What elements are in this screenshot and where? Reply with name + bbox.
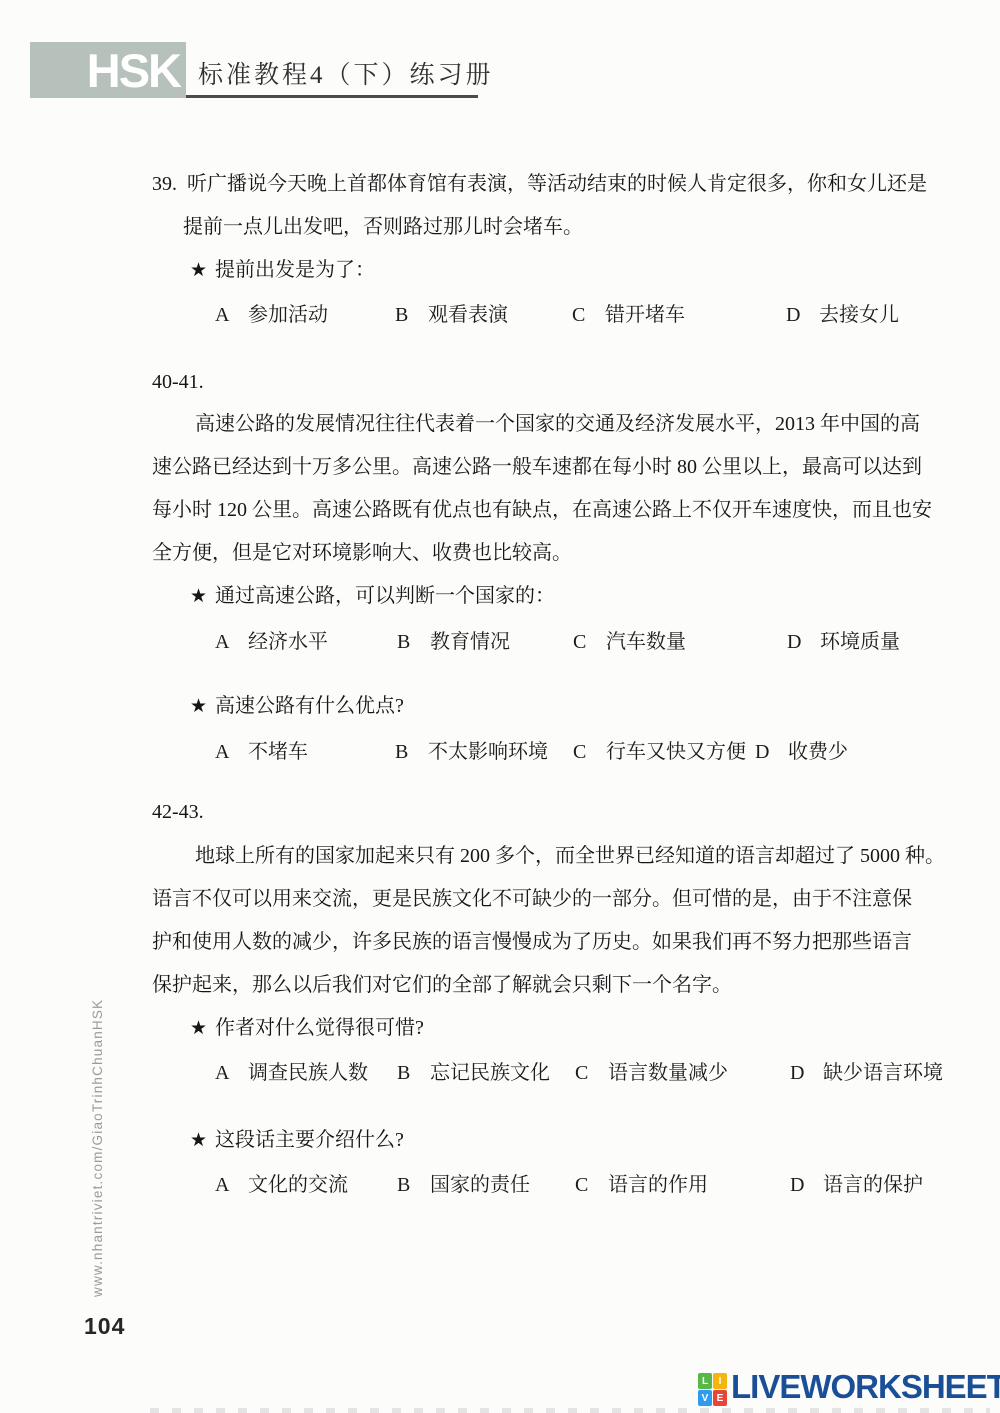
passage-text: 每小时 120 公里。高速公路既有优点也有缺点，在高速公路上不仅开车速度快，而且…: [152, 499, 932, 521]
option-text: 缺少语言环境: [823, 1062, 943, 1084]
question-43-prompt: ★这段话主要介绍什么?: [190, 1126, 404, 1155]
option-letter: C: [572, 304, 605, 327]
header-divider: [186, 95, 478, 98]
option-letter: C: [573, 631, 606, 654]
question-number: 40-41.: [152, 371, 204, 393]
option-b[interactable]: B教育情况: [397, 625, 510, 654]
passage-text: 高速公路的发展情况往往代表着一个国家的交通及经济发展水平，2013 年中国的高: [195, 413, 920, 435]
star-icon: ★: [190, 696, 207, 717]
option-letter: D: [790, 1062, 823, 1085]
question-42-options: A调查民族人数 B忘记民族文化 C语言数量减少 D缺少语言环境: [152, 1056, 962, 1086]
option-letter: B: [397, 1174, 430, 1197]
option-letter: D: [787, 631, 820, 654]
passage-text: 提前一点儿出发吧，否则路过那儿时会堵车。: [183, 216, 583, 238]
passage-text: 地球上所有的国家加起来只有 200 多个，而全世界已经知道的语言却超过了 500…: [195, 845, 945, 867]
question-40-41-passage-line-1: 高速公路的发展情况往往代表着一个国家的交通及经济发展水平，2013 年中国的高: [195, 410, 920, 438]
option-c[interactable]: C语言数量减少: [575, 1056, 728, 1085]
option-letter: D: [755, 741, 788, 764]
logo-tile-l: L: [698, 1373, 712, 1389]
prompt-text: 提前出发是为了：: [215, 259, 375, 281]
option-text: 国家的责任: [430, 1174, 530, 1196]
option-a[interactable]: A参加活动: [215, 298, 328, 327]
option-letter: B: [397, 1062, 430, 1085]
option-text: 忘记民族文化: [430, 1062, 550, 1084]
question-42-43-number: 42-43.: [152, 798, 204, 826]
passage-text: 保护起来，那么以后我们对它们的全部了解就会只剩下一个名字。: [152, 974, 732, 996]
website-watermark: www.nhantriviet.com/GiaoTrinhChuanHSK: [86, 985, 110, 1297]
logo-tile-e: E: [713, 1390, 727, 1406]
option-d[interactable]: D收费少: [755, 735, 848, 764]
workbook-page: HSK 标准教程4（下）练习册 39.听广播说今天晚上首都体育馆有表演，等活动结…: [0, 0, 1000, 1413]
option-text: 环境质量: [820, 631, 900, 653]
page-title: 标准教程4（下）练习册: [198, 55, 494, 91]
logo-tile-i: I: [713, 1373, 727, 1389]
option-c[interactable]: C语言的作用: [575, 1168, 708, 1197]
passage-text: 语言不仅可以用来交流，更是民族文化不可缺少的一部分。但可惜的是，由于不注意保: [152, 888, 912, 910]
option-letter: B: [397, 631, 430, 654]
option-a[interactable]: A文化的交流: [215, 1168, 348, 1197]
option-letter: A: [215, 1062, 248, 1085]
passage-text: 护和使用人数的减少，许多民族的语言慢慢成为了历史。如果我们再不努力把那些语言: [152, 931, 912, 953]
option-letter: C: [575, 1062, 608, 1085]
option-letter: A: [215, 304, 248, 327]
option-b[interactable]: B忘记民族文化: [397, 1056, 550, 1085]
option-text: 调查民族人数: [248, 1062, 368, 1084]
option-d[interactable]: D缺少语言环境: [790, 1056, 943, 1085]
option-letter: C: [573, 741, 606, 764]
question-41-options: A不堵车 B不太影响环境 C行车又快又方便 D收费少: [152, 735, 962, 765]
question-40-options: A经济水平 B教育情况 C汽车数量 D环境质量: [152, 625, 962, 655]
logo-tile-v: V: [698, 1390, 712, 1406]
liveworksheets-icon: L I V E: [698, 1373, 727, 1406]
question-40-prompt: ★通过高速公路，可以判断一个国家的：: [190, 582, 555, 611]
question-number: 42-43.: [152, 801, 204, 823]
option-letter: D: [790, 1174, 823, 1197]
option-a[interactable]: A调查民族人数: [215, 1056, 368, 1085]
star-icon: ★: [190, 1018, 207, 1039]
question-40-41-passage-line-2: 速公路已经达到十万多公里。高速公路一般车速都在每小时 80 公里以上，最高可以达…: [152, 453, 922, 481]
option-letter: A: [215, 741, 248, 764]
option-text: 行车又快又方便: [606, 741, 746, 763]
question-40-41-passage-line-3: 每小时 120 公里。高速公路既有优点也有缺点，在高速公路上不仅开车速度快，而且…: [152, 496, 932, 524]
question-40-41-passage-line-4: 全方便，但是它对环境影响大、收费也比较高。: [152, 539, 572, 567]
passage-text: 听广播说今天晚上首都体育馆有表演，等活动结束的时候人肯定很多，你和女儿还是: [187, 173, 927, 195]
option-text: 语言的作用: [608, 1174, 708, 1196]
question-41-prompt: ★高速公路有什么优点?: [190, 692, 404, 721]
option-text: 教育情况: [430, 631, 510, 653]
option-letter: A: [215, 1174, 248, 1197]
option-b[interactable]: B国家的责任: [397, 1168, 530, 1197]
liveworksheets-wordmark: LIVEWORKSHEETS: [731, 1368, 1000, 1406]
star-icon: ★: [190, 1130, 207, 1151]
star-icon: ★: [190, 586, 207, 607]
option-c[interactable]: C汽车数量: [573, 625, 686, 654]
option-text: 错开堵车: [605, 304, 685, 326]
liveworksheets-logo[interactable]: L I V E LIVEWORKSHEETS: [698, 1366, 1000, 1408]
option-d[interactable]: D语言的保护: [790, 1168, 923, 1197]
star-icon: ★: [190, 260, 207, 281]
passage-text: 全方便，但是它对环境影响大、收费也比较高。: [152, 542, 572, 564]
option-text: 观看表演: [428, 304, 508, 326]
prompt-text: 作者对什么觉得很可惜?: [215, 1017, 424, 1039]
question-43-options: A文化的交流 B国家的责任 C语言的作用 D语言的保护: [152, 1168, 962, 1198]
passage-text: 速公路已经达到十万多公里。高速公路一般车速都在每小时 80 公里以上，最高可以达…: [152, 456, 922, 478]
prompt-text: 这段话主要介绍什么?: [215, 1129, 404, 1151]
option-text: 语言数量减少: [608, 1062, 728, 1084]
option-text: 参加活动: [248, 304, 328, 326]
hsk-logo-box: HSK: [30, 42, 186, 98]
question-42-43-passage-line-4: 保护起来，那么以后我们对它们的全部了解就会只剩下一个名字。: [152, 971, 732, 999]
prompt-text: 通过高速公路，可以判断一个国家的：: [215, 585, 555, 607]
option-text: 汽车数量: [606, 631, 686, 653]
option-c[interactable]: C错开堵车: [572, 298, 685, 327]
question-42-43-passage-line-1: 地球上所有的国家加起来只有 200 多个，而全世界已经知道的语言却超过了 500…: [195, 842, 945, 870]
option-d[interactable]: D去接女儿: [786, 298, 899, 327]
option-letter: B: [395, 741, 428, 764]
option-b[interactable]: B不太影响环境: [395, 735, 548, 764]
option-letter: B: [395, 304, 428, 327]
option-text: 文化的交流: [248, 1174, 348, 1196]
option-text: 不太影响环境: [428, 741, 548, 763]
option-b[interactable]: B观看表演: [395, 298, 508, 327]
question-40-41-number: 40-41.: [152, 368, 204, 396]
option-letter: C: [575, 1174, 608, 1197]
hsk-logo-text: HSK: [87, 47, 180, 94]
question-42-43-passage-line-2: 语言不仅可以用来交流，更是民族文化不可缺少的一部分。但可惜的是，由于不注意保: [152, 885, 912, 913]
option-text: 语言的保护: [823, 1174, 923, 1196]
option-letter: D: [786, 304, 819, 327]
option-a[interactable]: A不堵车: [215, 735, 308, 764]
option-a[interactable]: A经济水平: [215, 625, 328, 654]
option-text: 去接女儿: [819, 304, 899, 326]
page-number: 104: [84, 1313, 125, 1340]
option-text: 收费少: [788, 741, 848, 763]
option-letter: A: [215, 631, 248, 654]
question-39-passage-line-1: 39.听广播说今天晚上首都体育馆有表演，等活动结束的时候人肯定很多，你和女儿还是: [152, 170, 927, 198]
question-number: 39.: [152, 170, 177, 198]
question-42-prompt: ★作者对什么觉得很可惜?: [190, 1014, 424, 1043]
question-42-43-passage-line-3: 护和使用人数的减少，许多民族的语言慢慢成为了历史。如果我们再不努力把那些语言: [152, 928, 912, 956]
option-text: 经济水平: [248, 631, 328, 653]
option-d[interactable]: D环境质量: [787, 625, 900, 654]
option-c[interactable]: C行车又快又方便: [573, 735, 746, 764]
question-39-prompt: ★提前出发是为了：: [190, 256, 375, 285]
question-39-options: A参加活动 B观看表演 C错开堵车 D去接女儿: [152, 298, 962, 328]
question-39-passage-line-2: 提前一点儿出发吧，否则路过那儿时会堵车。: [183, 213, 583, 241]
prompt-text: 高速公路有什么优点?: [215, 695, 404, 717]
option-text: 不堵车: [248, 741, 308, 763]
scan-edge-artifact: [150, 1408, 990, 1413]
